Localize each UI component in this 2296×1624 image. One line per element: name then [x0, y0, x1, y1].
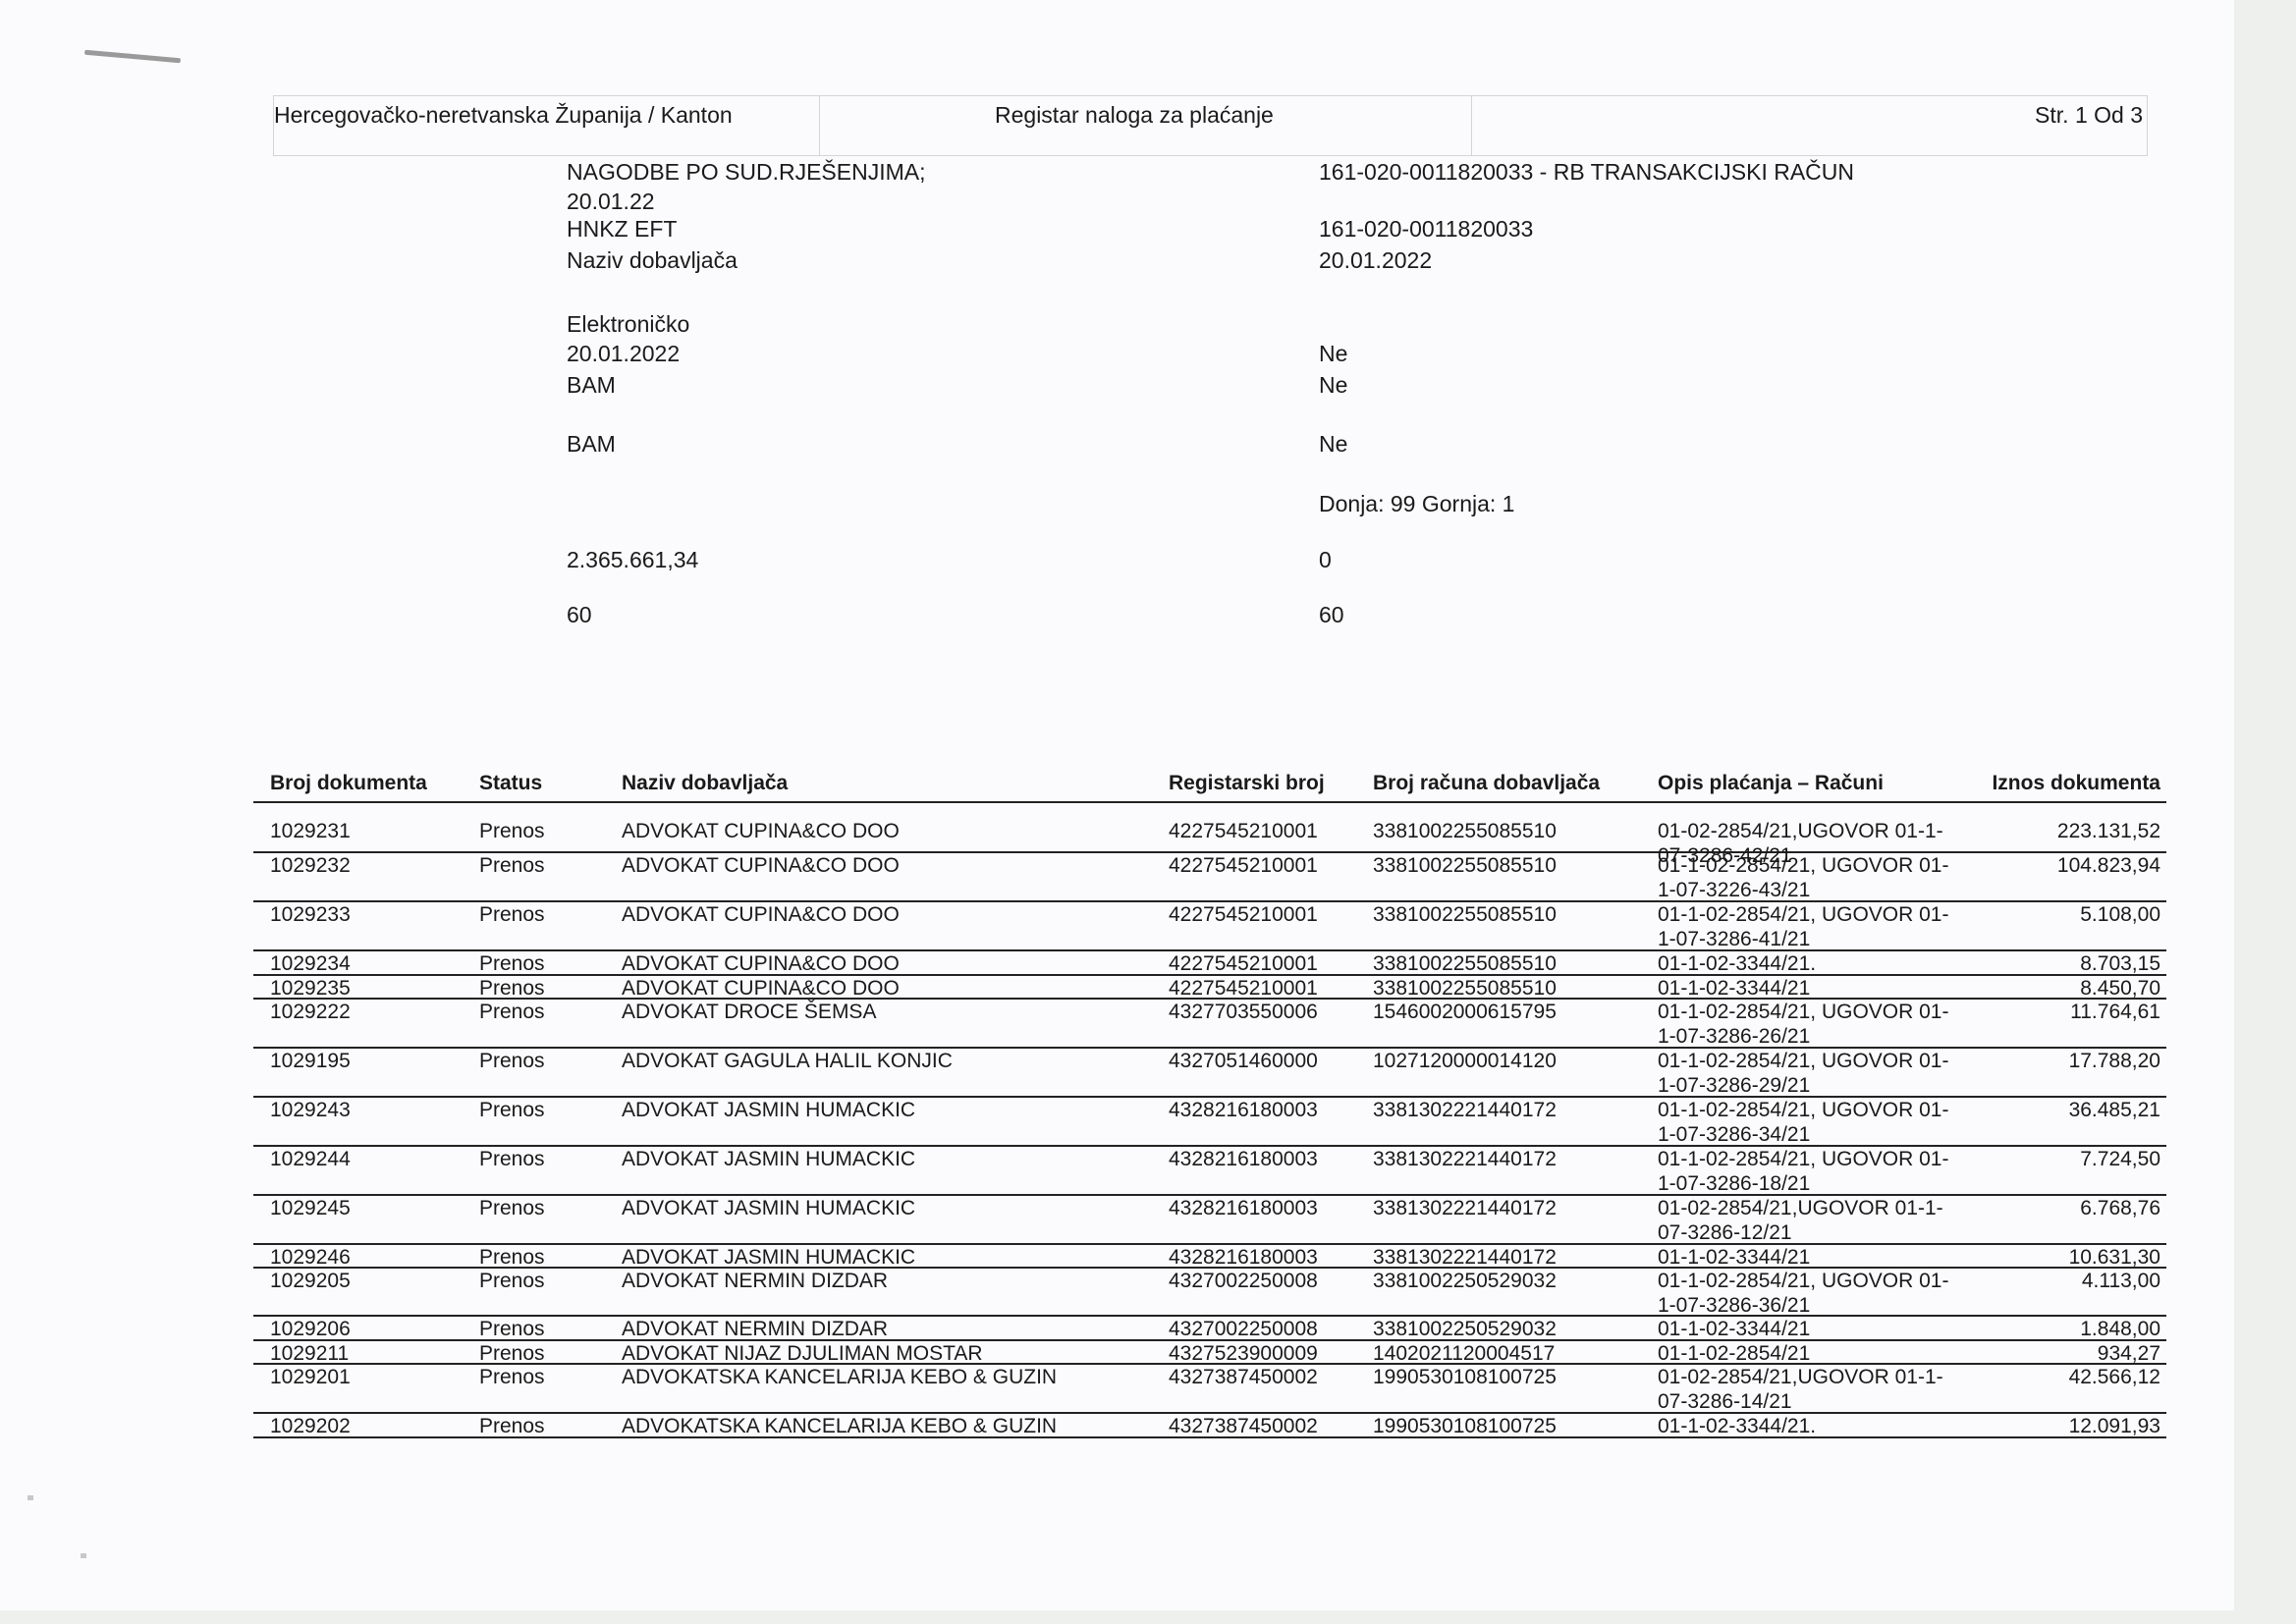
cell-desc: 01-1-02-2854/21, UGOVOR 01-1-07-3286-36/…: [1658, 1269, 1952, 1318]
column-header: Opis plaćanja – Računi: [1658, 772, 1884, 795]
cell-reg: 4227545210001: [1169, 853, 1318, 878]
cell-reg: 4327051460000: [1169, 1049, 1318, 1073]
cell-amount: 5.108,00: [2080, 902, 2160, 927]
cell-supplier: ADVOKAT JASMIN HUMACKIC: [622, 1098, 915, 1122]
column-header: Status: [479, 772, 542, 795]
table-row: 1029206PrenosADVOKAT NERMIN DIZDAR432700…: [253, 1315, 2166, 1341]
column-header: Naziv dobavljača: [622, 772, 788, 795]
cell-doc: 1029231: [270, 819, 351, 843]
cell-account: 1990530108100725: [1373, 1365, 1557, 1389]
cell-desc: 01-1-02-2854/21, UGOVOR 01-1-07-3286-26/…: [1658, 1000, 1952, 1049]
cell-status: Prenos: [479, 1414, 545, 1438]
cell-reg: 4227545210001: [1169, 951, 1318, 976]
field-value: 0: [1319, 545, 1332, 574]
cell-supplier: ADVOKAT CUPINA&CO DOO: [622, 819, 900, 843]
cell-account: 3381302221440172: [1373, 1196, 1557, 1220]
cell-reg: 4328216180003: [1169, 1098, 1318, 1122]
cell-account: 3381302221440172: [1373, 1147, 1557, 1171]
paper-mark: [81, 1553, 86, 1558]
cell-status: Prenos: [479, 819, 545, 843]
cell-doc: 1029243: [270, 1098, 351, 1122]
table-row: 1029195PrenosADVOKAT GAGULA HALIL KONJIC…: [253, 1047, 2166, 1098]
cell-reg: 4327387450002: [1169, 1414, 1318, 1438]
cell-amount: 42.566,12: [2069, 1365, 2160, 1389]
cell-amount: 223.131,52: [2057, 819, 2160, 843]
cell-status: Prenos: [479, 1147, 545, 1171]
field-value: 60: [1319, 600, 1344, 629]
field-value: 20.01.2022: [1319, 245, 1432, 275]
cell-account: 3381002255085510: [1373, 951, 1557, 976]
cell-doc: 1029195: [270, 1049, 351, 1073]
organization-name: Hercegovačko-neretvanska Županija / Kant…: [274, 102, 733, 129]
column-header: Registarski broj: [1169, 772, 1325, 795]
cell-supplier: ADVOKAT NERMIN DIZDAR: [622, 1269, 888, 1293]
table-row: 1029232PrenosADVOKAT CUPINA&CO DOO422754…: [253, 851, 2166, 902]
cell-amount: 1.848,00: [2080, 1317, 2160, 1341]
cell-status: Prenos: [479, 1000, 545, 1024]
table-row: 1029245PrenosADVOKAT JASMIN HUMACKIC4328…: [253, 1194, 2166, 1245]
cell-amount: 6.768,76: [2080, 1196, 2160, 1220]
table-row: 1029233PrenosADVOKAT CUPINA&CO DOO422754…: [253, 900, 2166, 951]
cell-status: Prenos: [479, 1098, 545, 1122]
cell-supplier: ADVOKAT CUPINA&CO DOO: [622, 902, 900, 927]
cell-account: 3381002255085510: [1373, 853, 1557, 878]
cell-desc: 01-1-02-3344/21.: [1658, 951, 1952, 976]
table-row: 1029202PrenosADVOKATSKA KANCELARIJA KEBO…: [253, 1412, 2166, 1438]
field-value: BAM: [567, 370, 616, 400]
cell-reg: 4327387450002: [1169, 1365, 1318, 1389]
field-value: Ne: [1319, 429, 1347, 459]
cell-supplier: ADVOKATSKA KANCELARIJA KEBO & GUZIN: [622, 1365, 1057, 1389]
cell-supplier: ADVOKAT CUPINA&CO DOO: [622, 951, 900, 976]
cell-desc: 01-1-02-2854/21, UGOVOR 01-1-07-3286-29/…: [1658, 1049, 1952, 1098]
report-header: Hercegovačko-neretvanska Županija / Kant…: [273, 95, 2148, 156]
cell-desc: 01-02-2854/21,UGOVOR 01-1-07-3286-14/21: [1658, 1365, 1952, 1414]
table-row: 1029235PrenosADVOKAT CUPINA&CO DOO422754…: [253, 974, 2166, 1000]
column-header: Broj računa dobavljača: [1373, 772, 1600, 795]
cell-supplier: ADVOKAT DROCE ŠEMSA: [622, 1000, 876, 1024]
cell-reg: 4227545210001: [1169, 819, 1318, 843]
table-row: 1029211PrenosADVOKAT NIJAZ DJULIMAN MOST…: [253, 1339, 2166, 1365]
cell-account: 3381002250529032: [1373, 1317, 1557, 1341]
cell-desc: 01-1-02-3344/21: [1658, 1317, 1952, 1341]
cell-doc: 1029222: [270, 1000, 351, 1024]
cell-account: 3381302221440172: [1373, 1098, 1557, 1122]
cell-status: Prenos: [479, 951, 545, 976]
cell-amount: 104.823,94: [2057, 853, 2160, 878]
cell-supplier: ADVOKAT JASMIN HUMACKIC: [622, 1147, 915, 1171]
cell-status: Prenos: [479, 1196, 545, 1220]
cell-doc: 1029201: [270, 1365, 351, 1389]
field-value: 2.365.661,34: [567, 545, 698, 574]
cell-amount: 11.764,61: [2070, 1000, 2160, 1024]
cell-doc: 1029202: [270, 1414, 351, 1438]
cell-doc: 1029234: [270, 951, 351, 976]
cell-desc: 01-1-02-2854/21, UGOVOR 01-1-07-3226-43/…: [1658, 853, 1952, 902]
document-page: Hercegovačko-neretvanska Županija / Kant…: [0, 0, 2234, 1610]
cell-account: 3381002255085510: [1373, 819, 1557, 843]
cell-amount: 8.703,15: [2080, 951, 2160, 976]
table-row: 1029205PrenosADVOKAT NERMIN DIZDAR432700…: [253, 1267, 2166, 1317]
table-row: 1029234PrenosADVOKAT CUPINA&CO DOO422754…: [253, 949, 2166, 976]
cell-reg: 4328216180003: [1169, 1147, 1318, 1171]
column-header: Iznos dokumenta: [1992, 772, 2160, 795]
cell-desc: 01-1-02-3344/21.: [1658, 1414, 1952, 1438]
field-value: NAGODBE PO SUD.RJEŠENJIMA; 20.01.22: [567, 157, 926, 216]
cell-doc: 1029205: [270, 1269, 351, 1293]
header-divider: [1471, 96, 1472, 155]
cell-doc: 1029233: [270, 902, 351, 927]
table-row: 1029244PrenosADVOKAT JASMIN HUMACKIC4328…: [253, 1145, 2166, 1196]
cell-account: 1027120000014120: [1373, 1049, 1557, 1073]
cell-reg: 4327703550006: [1169, 1000, 1318, 1024]
cell-supplier: ADVOKATSKA KANCELARIJA KEBO & GUZIN: [622, 1414, 1057, 1438]
cell-account: 1990530108100725: [1373, 1414, 1557, 1438]
cell-supplier: ADVOKAT CUPINA&CO DOO: [622, 853, 900, 878]
cell-supplier: ADVOKAT GAGULA HALIL KONJIC: [622, 1049, 953, 1073]
cell-amount: 7.724,50: [2080, 1147, 2160, 1171]
cell-status: Prenos: [479, 1365, 545, 1389]
cell-account: 1546002000615795: [1373, 1000, 1557, 1024]
field-value: Elektroničko: [567, 309, 689, 339]
cell-reg: 4227545210001: [1169, 902, 1318, 927]
cell-desc: 01-1-02-2854/21, UGOVOR 01-1-07-3286-41/…: [1658, 902, 1952, 951]
cell-amount: 17.788,20: [2069, 1049, 2160, 1073]
cell-doc: 1029245: [270, 1196, 351, 1220]
cell-status: Prenos: [479, 1049, 545, 1073]
field-value: 20.01.2022: [567, 339, 680, 368]
table-row: 1029201PrenosADVOKATSKA KANCELARIJA KEBO…: [253, 1363, 2166, 1414]
cell-account: 3381002250529032: [1373, 1269, 1557, 1293]
field-value: 161-020-0011820033: [1319, 214, 1533, 244]
cell-status: Prenos: [479, 902, 545, 927]
cell-doc: 1029232: [270, 853, 351, 878]
cell-reg: 4327002250008: [1169, 1269, 1318, 1293]
table-row: 1029246PrenosADVOKAT JASMIN HUMACKIC4328…: [253, 1243, 2166, 1269]
table-row: 1029222PrenosADVOKAT DROCE ŠEMSA43277035…: [253, 998, 2166, 1049]
field-value: Ne: [1319, 339, 1347, 368]
field-value: 161-020-0011820033 - RB TRANSAKCIJSKI RA…: [1319, 157, 1854, 187]
cell-amount: 12.091,93: [2069, 1414, 2160, 1438]
cell-desc: 01-1-02-2854/21, UGOVOR 01-1-07-3286-18/…: [1658, 1147, 1952, 1196]
cell-desc: 01-1-02-2854/21, UGOVOR 01-1-07-3286-34/…: [1658, 1098, 1952, 1147]
table-row: 1029243PrenosADVOKAT JASMIN HUMACKIC4328…: [253, 1096, 2166, 1147]
field-value: BAM: [567, 429, 616, 459]
field-value: HNKZ EFT: [567, 214, 677, 244]
cell-reg: 4327002250008: [1169, 1317, 1318, 1341]
header-divider: [819, 96, 820, 155]
paper-mark: [27, 1495, 33, 1500]
field-value: Donja: 99 Gornja: 1: [1319, 489, 1514, 518]
cell-amount: 36.485,21: [2069, 1098, 2160, 1122]
cell-account: 3381002255085510: [1373, 902, 1557, 927]
cell-desc: 01-02-2854/21,UGOVOR 01-1-07-3286-12/21: [1658, 1196, 1952, 1245]
cell-status: Prenos: [479, 1317, 545, 1341]
field-value: Ne: [1319, 370, 1347, 400]
cell-doc: 1029206: [270, 1317, 351, 1341]
cell-status: Prenos: [479, 853, 545, 878]
report-title: Registar naloga za plaćanje: [995, 102, 1274, 129]
staple-mark: [84, 50, 181, 64]
cell-doc: 1029244: [270, 1147, 351, 1171]
cell-supplier: ADVOKAT JASMIN HUMACKIC: [622, 1196, 915, 1220]
cell-reg: 4328216180003: [1169, 1196, 1318, 1220]
page-indicator: Str. 1 Od 3: [2035, 102, 2143, 129]
table-row: 1029231PrenosADVOKAT CUPINA&CO DOO422754…: [253, 803, 2166, 853]
field-value: 60: [567, 600, 592, 629]
column-header: Broj dokumenta: [270, 772, 427, 795]
cell-supplier: ADVOKAT NERMIN DIZDAR: [622, 1317, 888, 1341]
field-value: Naziv dobavljača: [567, 245, 738, 275]
cell-amount: 4.113,00: [2082, 1269, 2160, 1293]
cell-status: Prenos: [479, 1269, 545, 1293]
